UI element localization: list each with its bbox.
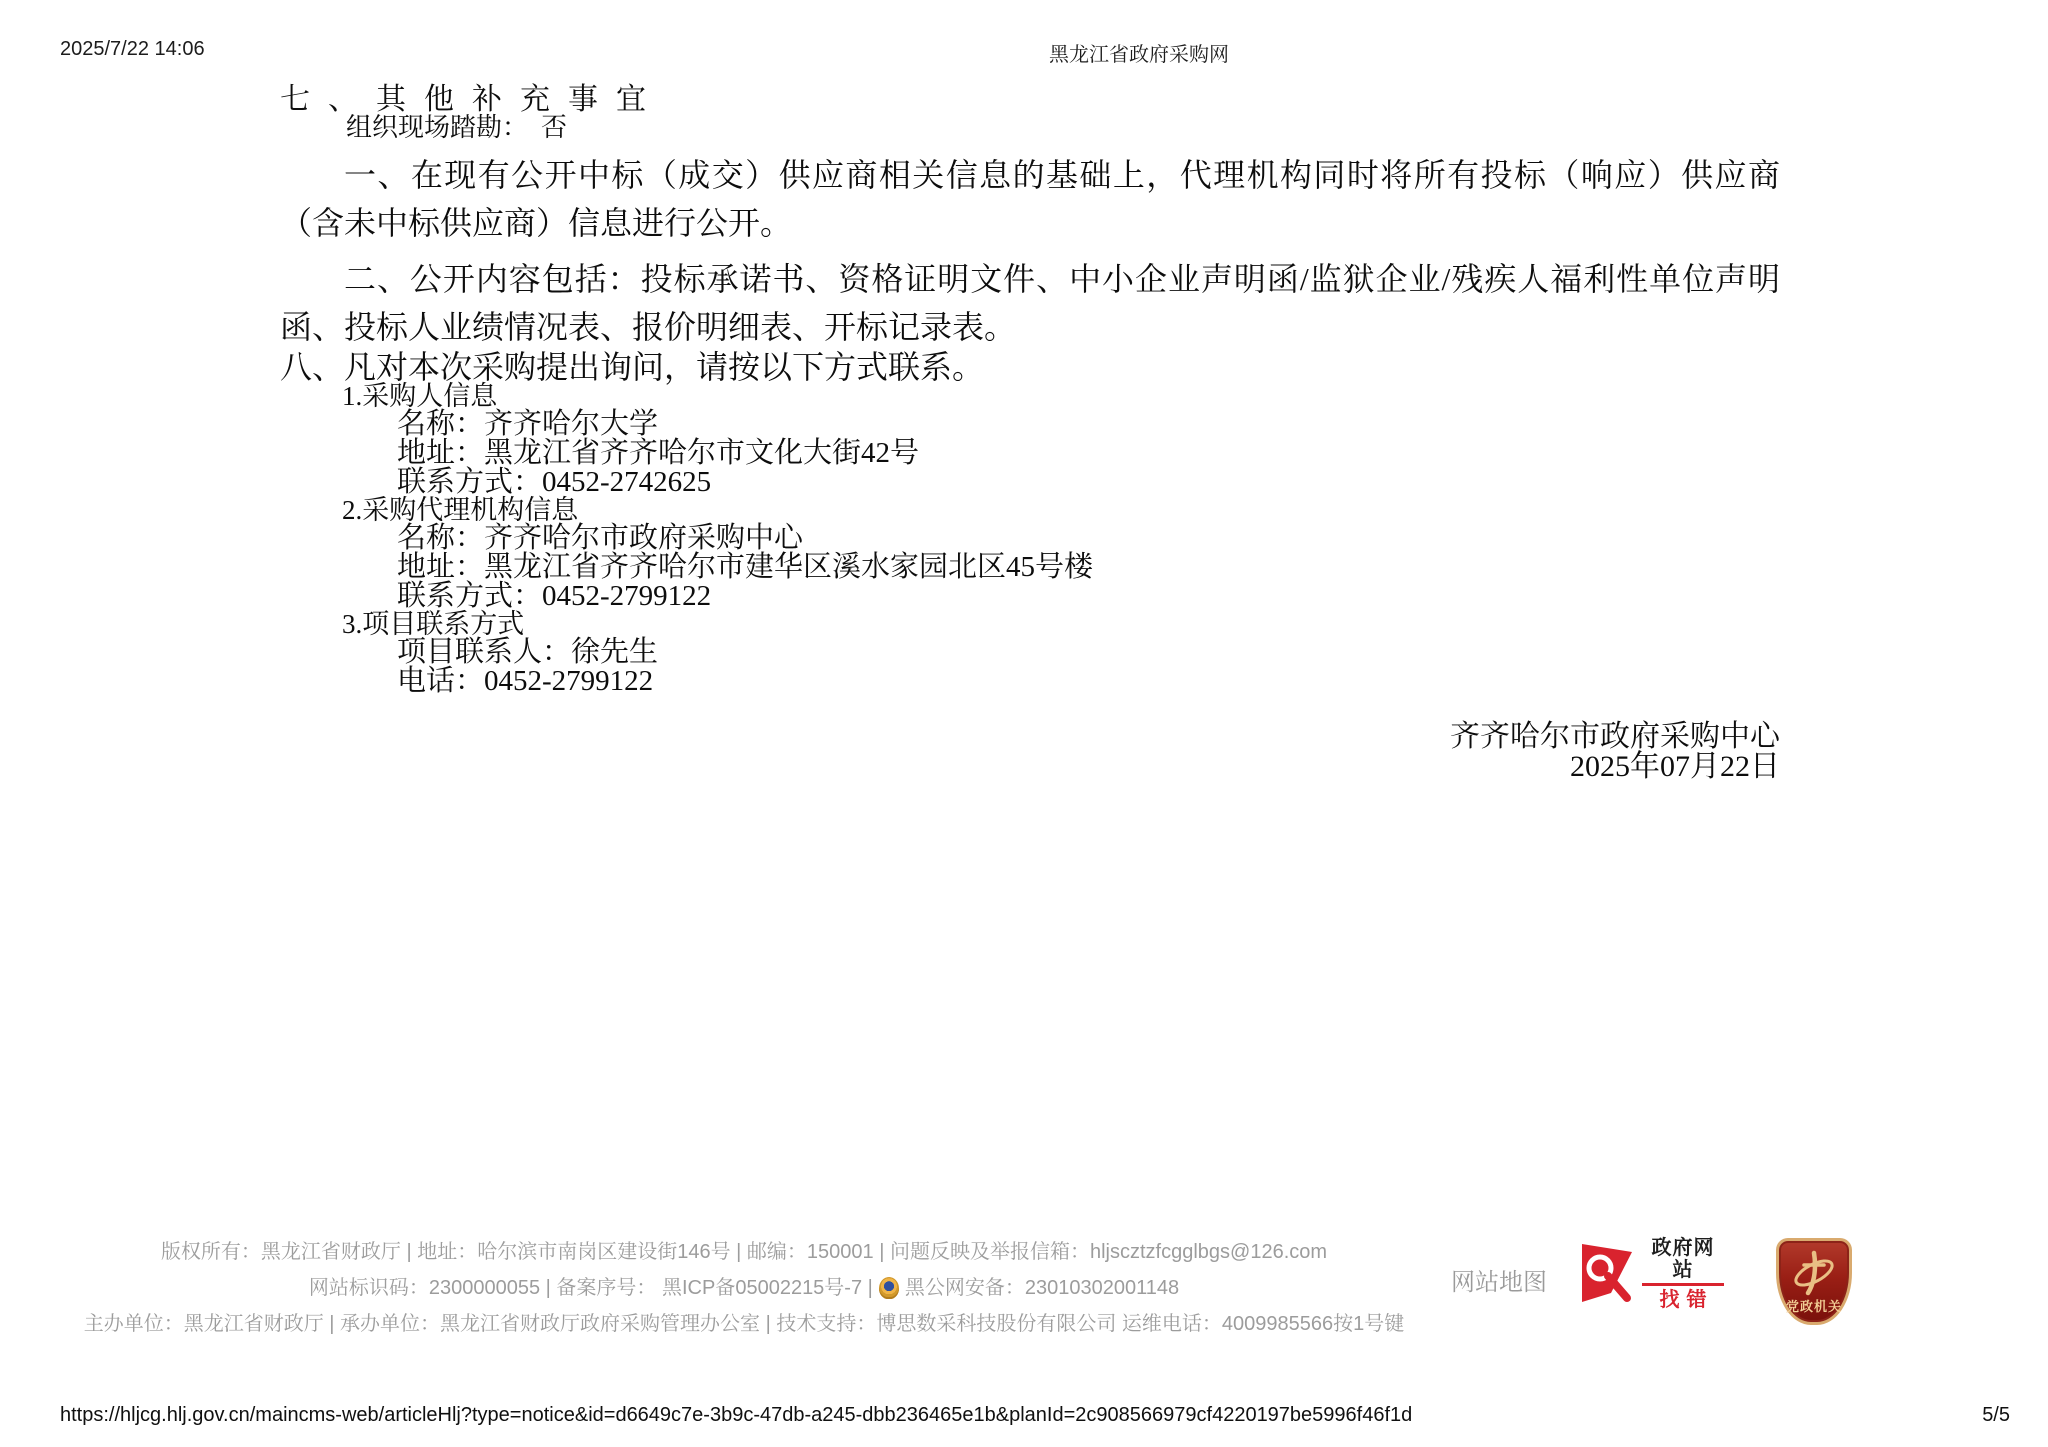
police-badge-icon — [879, 1277, 899, 1299]
print-doc-title: 黑龙江省政府采购网 — [1049, 38, 1229, 67]
print-timestamp: 2025/7/22 14:06 — [60, 38, 205, 61]
paragraph-two: 二、公开内容包括：投标承诺书、资格证明文件、中小企业声明函/监狱企业/残疾人福利… — [280, 255, 1780, 351]
signature-organization: 齐齐哈尔市政府采购中心 — [280, 722, 1780, 752]
agency-name: 名称：齐齐哈尔市政府采购中心 — [280, 524, 1780, 553]
purchaser-contact: 联系方式：0452-2742625 — [280, 468, 1780, 497]
error-badge-line1: 政府网站 — [1642, 1237, 1724, 1281]
print-url: https://hljcg.hlj.gov.cn/maincms-web/art… — [60, 1404, 1412, 1427]
party-gov-shield-badge[interactable]: 党政机关 — [1776, 1238, 1852, 1325]
agency-address: 地址：黑龙江省齐齐哈尔市建华区溪水家园北区45号楼 — [280, 553, 1780, 582]
footer-copyright-line: 版权所有：黑龙江省财政厅 | 地址：哈尔滨市南岗区建设街146号 | 邮编：15… — [0, 1242, 1488, 1262]
project-contact-title: 3.项目联系方式 — [280, 611, 1780, 638]
error-badge-underline — [1642, 1283, 1724, 1286]
page-indicator: 5/5 — [1982, 1404, 2010, 1427]
signature-block: 齐齐哈尔市政府采购中心 2025年07月22日 — [280, 722, 1780, 782]
shield-badge-label: 党政机关 — [1779, 1300, 1849, 1313]
site-footer: 版权所有：黑龙江省财政厅 | 地址：哈尔滨市南岗区建设街146号 | 邮编：15… — [0, 1242, 1488, 1349]
sitemap-link[interactable]: 网站地图 — [1451, 1271, 1547, 1295]
paragraph-one: 一、在现有公开中标（成交）供应商相关信息的基础上，代理机构同时将所有投标（响应）… — [280, 151, 1780, 247]
shield-emblem-icon — [1787, 1247, 1841, 1299]
footer-public-security-record: 黑公网安备：23010302001148 — [905, 1277, 1179, 1299]
error-badge-line2: 找错 — [1642, 1289, 1724, 1311]
signature-date: 2025年07月22日 — [280, 752, 1780, 782]
footer-registration-before: 网站标识码：2300000055 | 备案序号： 黑ICP备05002215号-… — [309, 1277, 873, 1299]
site-survey-line: 组织现场踏勘： 否 — [280, 115, 1780, 141]
footer-registration-line: 网站标识码：2300000055 | 备案序号： 黑ICP备05002215号-… — [0, 1277, 1488, 1299]
footer-organizer-line: 主办单位：黑龙江省财政厅 | 承办单位：黑龙江省财政厅政府采购管理办公室 | 技… — [0, 1314, 1488, 1334]
gov-site-error-badge[interactable]: 政府网站 找错 — [1582, 1243, 1724, 1305]
section-eight-heading: 八、凡对本次采购提出询问，请按以下方式联系。 — [280, 351, 1780, 383]
purchaser-info-title: 1.采购人信息 — [280, 383, 1780, 410]
section-seven-heading: 七、其他补充事宜 — [280, 85, 1780, 115]
agency-info-title: 2.采购代理机构信息 — [280, 497, 1780, 524]
magnifier-flag-icon — [1582, 1243, 1636, 1305]
project-contact-person: 项目联系人：徐先生 — [280, 638, 1780, 667]
purchaser-name: 名称：齐齐哈尔大学 — [280, 410, 1780, 439]
purchaser-address: 地址：黑龙江省齐齐哈尔市文化大街42号 — [280, 439, 1780, 468]
error-badge-text: 政府网站 找错 — [1642, 1237, 1724, 1311]
project-contact-phone: 电话：0452-2799122 — [280, 667, 1780, 696]
notice-document: 七、其他补充事宜 组织现场踏勘： 否 一、在现有公开中标（成交）供应商相关信息的… — [280, 85, 1780, 782]
agency-contact: 联系方式：0452-2799122 — [280, 582, 1780, 611]
